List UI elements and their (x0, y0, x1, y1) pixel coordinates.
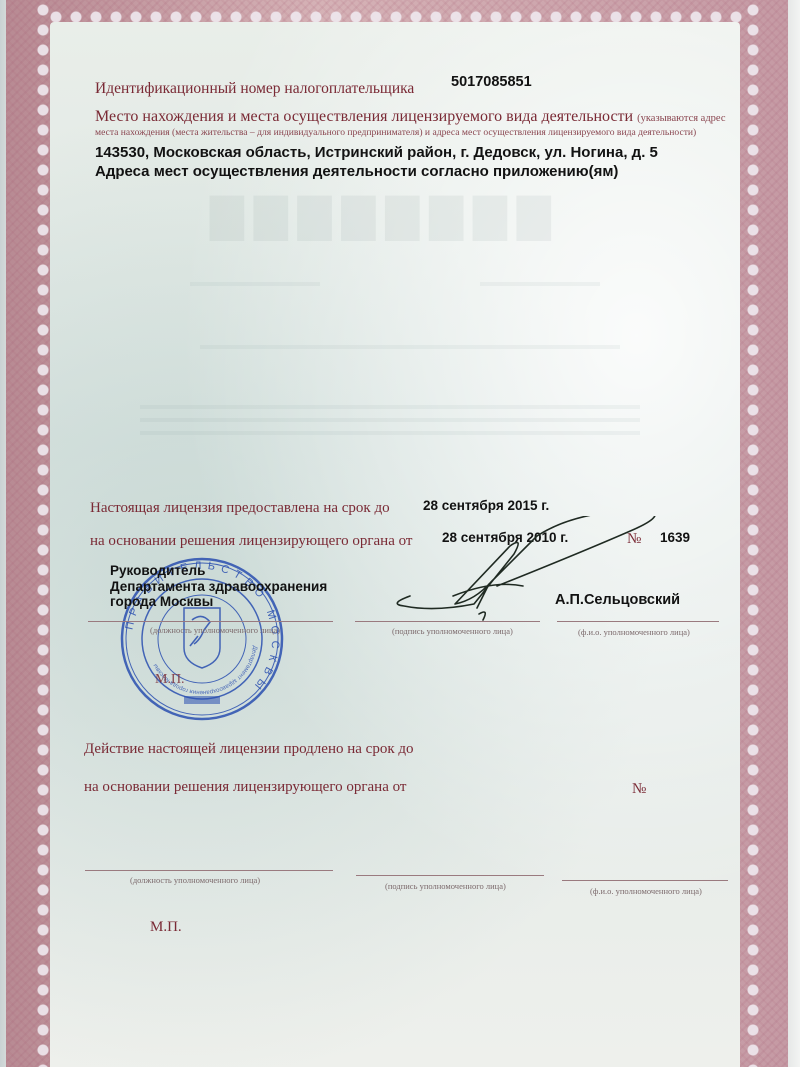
location-note: места нахождения (места жительства – для… (95, 127, 696, 138)
caption-position: (должность уполномоченного лица) (150, 625, 280, 635)
extension-caption-signature: (подпись уполномоченного лица) (385, 881, 506, 891)
signature-line (355, 621, 540, 622)
term-value: 28 сентября 2015 г. (423, 498, 549, 513)
extension-decision-label: на основании решения лицензирующего орга… (84, 779, 406, 796)
address-value-line2: Адреса мест осуществления деятельности с… (95, 163, 618, 180)
location-label-text: Место нахождения и места осуществления л… (95, 108, 633, 125)
bleed-through-bar (140, 431, 640, 435)
bleed-through-bar (200, 345, 620, 349)
bleed-through-bar (480, 282, 600, 286)
taxpayer-id-label: Идентификационный номер налогоплательщик… (95, 80, 414, 98)
location-label: Место нахождения и места осуществления л… (95, 108, 726, 126)
extension-number-sign: № (632, 781, 646, 798)
extension-caption-position: (должность уполномоченного лица) (130, 875, 260, 885)
extension-name-line (562, 880, 728, 881)
extension-seal-mark: М.П. (150, 919, 182, 936)
address-value: 143530, Московская область, Истринский р… (95, 144, 658, 161)
caption-name: (ф.и.о. уполномоченного лица) (578, 627, 690, 637)
signatory-position-line1: Руководитель (110, 563, 327, 579)
seal-mark: М.П. (155, 672, 185, 688)
border-scallop-left (36, 0, 50, 1067)
extension-signature-line (356, 875, 544, 876)
caption-signature: (подпись уполномоченного лица) (392, 626, 513, 636)
signatory-position-line2: Департамента здравоохранения (110, 579, 327, 595)
extension-term-label: Действие настоящей лицензии продлено на … (84, 741, 414, 758)
bleed-through-bar (140, 418, 640, 422)
photo-edge-right (788, 0, 800, 1067)
term-label: Настоящая лицензия предоставлена на срок… (90, 500, 390, 517)
extension-caption-name: (ф.и.о. уполномоченного лица) (590, 886, 702, 896)
name-line (557, 621, 719, 622)
decision-label: на основании решения лицензирующего орга… (90, 533, 412, 550)
signatory-name: А.П.Сельцовский (555, 592, 680, 608)
position-line (88, 621, 333, 622)
location-note-inline: (указываются адрес (637, 113, 725, 124)
taxpayer-id-value: 5017085851 (451, 74, 532, 90)
bleed-through-bar (140, 405, 640, 409)
signatory-position: Руководитель Департамента здравоохранени… (110, 563, 327, 610)
extension-position-line (85, 870, 333, 871)
border-scallop-right (746, 0, 760, 1067)
signatory-position-line3: города Москвы (110, 594, 327, 610)
handwritten-signature (380, 516, 710, 626)
bleed-through-ghost: ▇▇▇▇▇▇▇▇ (210, 190, 561, 241)
bleed-through-bar (190, 282, 320, 286)
